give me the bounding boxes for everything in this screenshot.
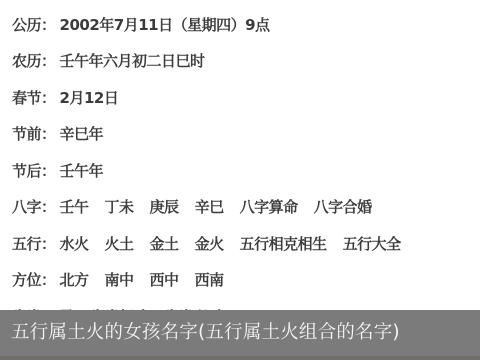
calendar-info: 公历： 2002年7月11日（星期四）9点 农历： 壬午年六月初二日巳时 春节：… <box>12 6 480 335</box>
caption-title: 五行属土火的女孩名字(五行属土火组合的名字) <box>11 322 400 343</box>
direction-label: 方位： <box>12 269 56 290</box>
gregorian-value: 2002年7月11日（星期四）9点 <box>60 14 270 35</box>
row-before-festival: 节前： 辛巳年 <box>12 116 480 153</box>
row-after-festival: 节后： 壬午年 <box>12 152 480 189</box>
caption-bottom-strip <box>0 356 480 360</box>
bazi-fortune-link[interactable]: 八字算命 <box>240 196 298 217</box>
after-festival-label: 节后： <box>12 160 56 181</box>
row-direction: 方位： 北方 南中 西中 西南 <box>12 262 480 299</box>
before-festival-label: 节前： <box>12 123 56 144</box>
wuxing-month: 火土 <box>105 233 134 254</box>
direction-month: 南中 <box>105 269 134 290</box>
row-spring-festival: 春节： 2月12日 <box>12 79 480 116</box>
row-wuxing: 五行： 水火 火土 金土 金火 五行相克相生 五行大全 <box>12 225 480 262</box>
before-festival-value: 辛巳年 <box>60 123 104 144</box>
after-festival-value: 壬午年 <box>60 160 104 181</box>
image-caption: 五行属土火的女孩名字(五行属土火组合的名字) <box>0 310 480 356</box>
bazi-day-pillar: 庚辰 <box>150 196 179 217</box>
bazi-year-pillar: 壬午 <box>60 196 89 217</box>
lunar-label: 农历： <box>12 50 56 71</box>
direction-day: 西中 <box>150 269 179 290</box>
bazi-label: 八字： <box>12 196 56 217</box>
gregorian-label: 公历： <box>12 14 56 35</box>
direction-hour: 西南 <box>195 269 224 290</box>
spring-festival-value: 2月12日 <box>60 87 119 108</box>
row-lunar: 农历： 壬午年六月初二日巳时 <box>12 43 480 80</box>
row-bazi: 八字： 壬午 丁未 庚辰 辛巳 八字算命 八字合婚 <box>12 189 480 226</box>
wuxing-day: 金土 <box>150 233 179 254</box>
wuxing-label: 五行： <box>12 233 56 254</box>
wuxing-year: 水火 <box>60 233 89 254</box>
lunar-value: 壬午年六月初二日巳时 <box>60 50 205 71</box>
wuxing-relations-link[interactable]: 五行相克相生 <box>240 233 327 254</box>
bazi-month-pillar: 丁未 <box>105 196 134 217</box>
direction-year: 北方 <box>60 269 89 290</box>
wuxing-encyclopedia-link[interactable]: 五行大全 <box>343 233 401 254</box>
spring-festival-label: 春节： <box>12 87 56 108</box>
bazi-marriage-link[interactable]: 八字合婚 <box>314 196 372 217</box>
wuxing-hour: 金火 <box>195 233 224 254</box>
bazi-hour-pillar: 辛巳 <box>195 196 224 217</box>
row-gregorian: 公历： 2002年7月11日（星期四）9点 <box>12 6 480 43</box>
